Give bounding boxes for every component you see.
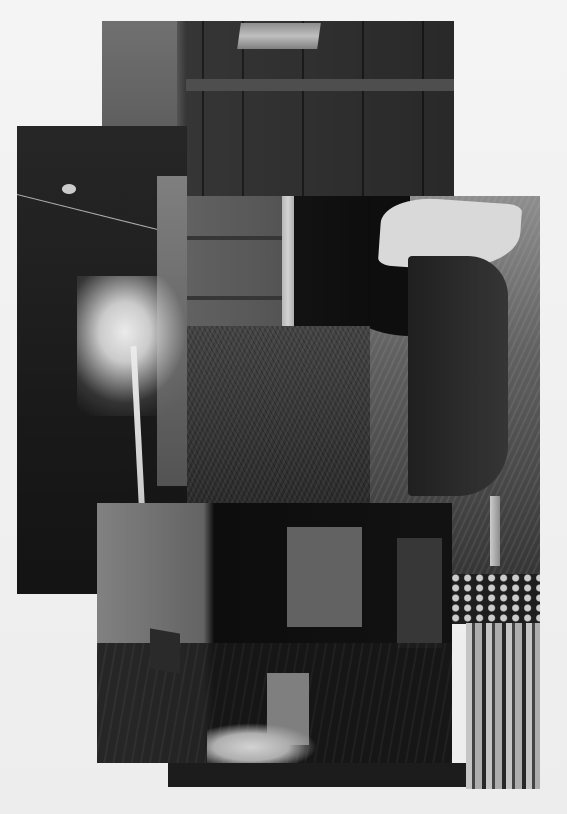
plank-seam — [362, 21, 364, 196]
crumpled-paper — [207, 723, 317, 763]
rail — [186, 236, 286, 240]
bottom-strip-photo — [168, 763, 493, 787]
trees-photo — [452, 574, 540, 624]
doorway — [397, 538, 442, 648]
collage-sheet — [0, 0, 567, 814]
lamp — [62, 184, 76, 194]
plaque — [237, 23, 321, 49]
cross-beam — [186, 79, 454, 91]
gutted-room-photo — [97, 503, 452, 763]
barn-door-lower-photo — [186, 196, 376, 326]
chair — [150, 628, 180, 673]
plank-seam — [422, 21, 424, 196]
dark-paper-form — [408, 256, 508, 496]
wire-line — [17, 194, 163, 231]
white-post — [282, 196, 294, 326]
plank-seam — [202, 21, 204, 196]
light-strip — [490, 496, 500, 566]
wood-planks-photo — [466, 623, 540, 789]
back-wall — [287, 527, 362, 627]
rail — [186, 296, 286, 300]
